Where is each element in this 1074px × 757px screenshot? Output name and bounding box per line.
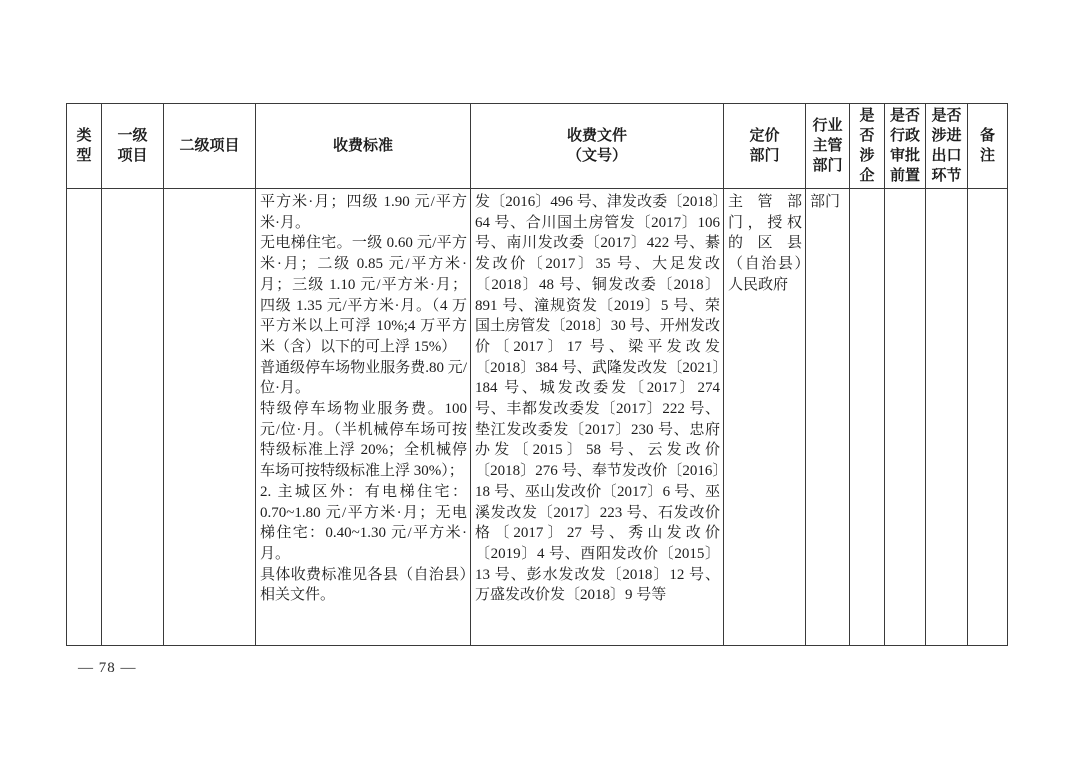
cell-industry-department: 部门 (806, 189, 850, 646)
col-header-involves-enterprise: 是 否 涉 企 (850, 104, 885, 189)
fee-standard-table: 类 型 一级 项目 二级项目 收费标准 收费文件 （文号） 定价 部门 行业 主… (66, 103, 1008, 646)
cell-pricing-department: 主管部门，授权的区县（自治县）人民政府 (724, 189, 806, 646)
page-number: — 78 — (78, 660, 137, 677)
cell-fee-documents: 发〔2016〕496 号、津发改委〔2018〕64 号、合川国土房管发〔2017… (471, 189, 724, 646)
fee-standard-paragraph: 无电梯住宅。一级 0.60 元/平方米·月；二级 0.85 元/平方米·月；三级… (260, 233, 467, 357)
cell-fee-standard: 平方米·月；四级 1.90 元/平方米·月。无电梯住宅。一级 0.60 元/平方… (256, 189, 471, 646)
fee-standard-paragraph: 特级停车场物业服务费。100 元/位·月。（半机械停车场可按特级标准上浮 20%… (260, 399, 467, 482)
cell-remarks (968, 189, 1008, 646)
cell-admin-approval (885, 189, 926, 646)
col-header-type: 类 型 (67, 104, 102, 189)
col-header-fee-documents: 收费文件 （文号） (471, 104, 724, 189)
cell-level2-project (164, 189, 256, 646)
fee-standard-paragraph: 2. 主城区外：有电梯住宅：0.70~1.80 元/平方米·月；无电梯住宅：0.… (260, 482, 467, 565)
col-header-level2-project: 二级项目 (164, 104, 256, 189)
col-header-level1-project: 一级 项目 (102, 104, 164, 189)
col-header-remarks: 备 注 (968, 104, 1008, 189)
cell-level1-project (102, 189, 164, 646)
col-header-fee-standard: 收费标准 (256, 104, 471, 189)
fee-standard-paragraph: 平方米·月；四级 1.90 元/平方米·月。 (260, 192, 467, 233)
fee-standard-paragraph: 普通级停车场物业服务费.80 元/位·月。 (260, 358, 467, 399)
cell-import-export (926, 189, 968, 646)
col-header-admin-approval: 是否 行政 审批 前置 (885, 104, 926, 189)
col-header-industry-department: 行业 主管 部门 (806, 104, 850, 189)
col-header-pricing-department: 定价 部门 (724, 104, 806, 189)
fee-standard-paragraph: 具体收费标准见各县（自治县）相关文件。 (260, 565, 467, 606)
cell-type (67, 189, 102, 646)
table-row: 平方米·月；四级 1.90 元/平方米·月。无电梯住宅。一级 0.60 元/平方… (67, 189, 1008, 646)
header-row: 类 型 一级 项目 二级项目 收费标准 收费文件 （文号） 定价 部门 行业 主… (67, 104, 1008, 189)
cell-involves-enterprise (850, 189, 885, 646)
col-header-import-export: 是否 涉进 出口 环节 (926, 104, 968, 189)
